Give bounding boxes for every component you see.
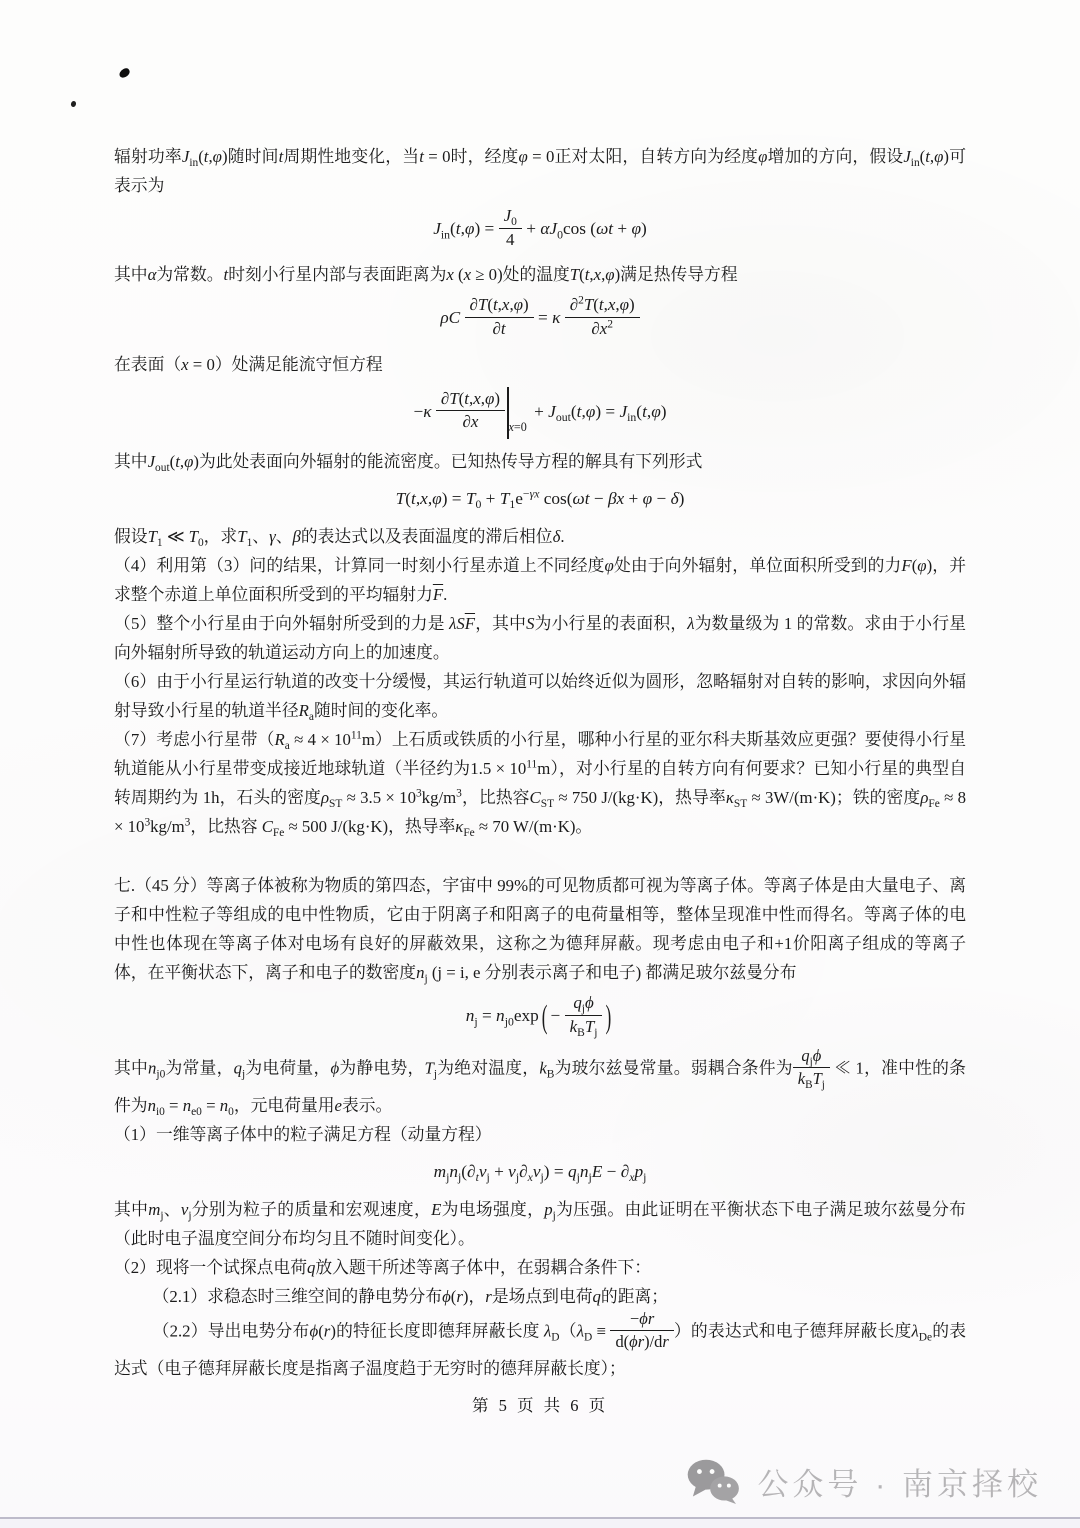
ink-dot: [118, 67, 131, 79]
ink-dot: [70, 100, 77, 107]
formula: ρC ∂T(t,x,φ)∂t = κ ∂2T(t,x,φ)∂x2: [114, 297, 966, 341]
paragraph: （5）整个小行星由于向外辐射所受到的力是 λSF，其中S为小行星的表面积，λ为数…: [114, 609, 966, 667]
paragraph: 辐射功率Jin(t,φ)随时间t周期性地变化，当t = 0时，经度φ = 0正对…: [114, 142, 966, 200]
paragraph: 在表面（x = 0）处满足能流守恒方程: [114, 350, 966, 379]
wechat-icon: [685, 1458, 741, 1504]
paragraph: 假设T1 ≪ T0，求T1、γ、β的表达式以及表面温度的滞后相位δ.: [114, 522, 966, 551]
formula: −κ ∂T(t,x,φ)∂xx=0 + Jout(t,φ) = Jin(t,φ): [114, 387, 966, 439]
paragraph: （2）现将一个试探点电荷q放入题干所述等离子体中，在弱耦合条件下：: [114, 1253, 966, 1282]
watermark: 公众号 · 南京择校: [685, 1458, 1042, 1504]
paragraph: 其中Jout(t,φ)为此处表面向外辐射的能流密度。已知热传导方程的解具有下列形…: [114, 447, 966, 476]
formula: Jin(t,φ) = J04 + αJ0cos (ωt + φ): [114, 208, 966, 252]
formula: nj = nj0exp(− qjϕkBTj): [114, 995, 966, 1039]
paragraph: （7）考虑小行星带（Ra ≈ 4 × 1011m）上石质或铁质的小行星，哪种小行…: [114, 725, 966, 841]
paragraph: （1）一维等离子体中的粒子满足方程（动量方程）: [114, 1120, 966, 1149]
paragraph: （2.1）求稳态时三维空间的静电势分布ϕ(r)，r是场点到电荷q的距离；: [114, 1282, 966, 1311]
paragraph: 其中α为常数。t时刻小行星内部与表面距离为x (x ≥ 0)处的温度T(t,x,…: [114, 260, 966, 289]
page-bottom-margin: [0, 1519, 1080, 1528]
paragraph: （4）利用第（3）问的结果，计算同一时刻小行星赤道上不同经度φ处由于向外辐射，单…: [114, 551, 966, 609]
watermark-label: 公众号 · 南京择校: [757, 1459, 1042, 1504]
document-body: 辐射功率Jin(t,φ)随时间t周期性地变化，当t = 0时，经度φ = 0正对…: [114, 142, 966, 1383]
paragraph: 其中nj0为常量，qj为电荷量，ϕ为静电势，Tj为绝对温度，kB为玻尔兹曼常量。…: [114, 1048, 966, 1120]
formula: T(t,x,φ) = T0 + T1e−γx cos(ωt − βx + φ −…: [114, 484, 966, 514]
page-footer: 第 5 页 共 6 页: [0, 1392, 1080, 1416]
paragraph: 七.（45 分）等离子体被称为物质的第四态，宇宙中 99%的可见物质都可视为等离…: [114, 871, 966, 987]
paragraph: 其中mj、vj分别为粒子的质量和宏观速度，E为电场强度，pj为压强。由此证明在平…: [114, 1195, 966, 1253]
paragraph: （6）由于小行星运行轨道的改变十分缓慢，其运行轨道可以始终近似为圆形，忽略辐射对…: [114, 667, 966, 725]
paragraph: （2.2）导出电势分布ϕ(r)的特征长度即德拜屏蔽长度 λD（λD ≡ −ϕrd…: [114, 1311, 966, 1383]
formula: mjnj(∂tvj + vj∂xvj) = qjnjE − ∂xpj: [114, 1157, 966, 1187]
